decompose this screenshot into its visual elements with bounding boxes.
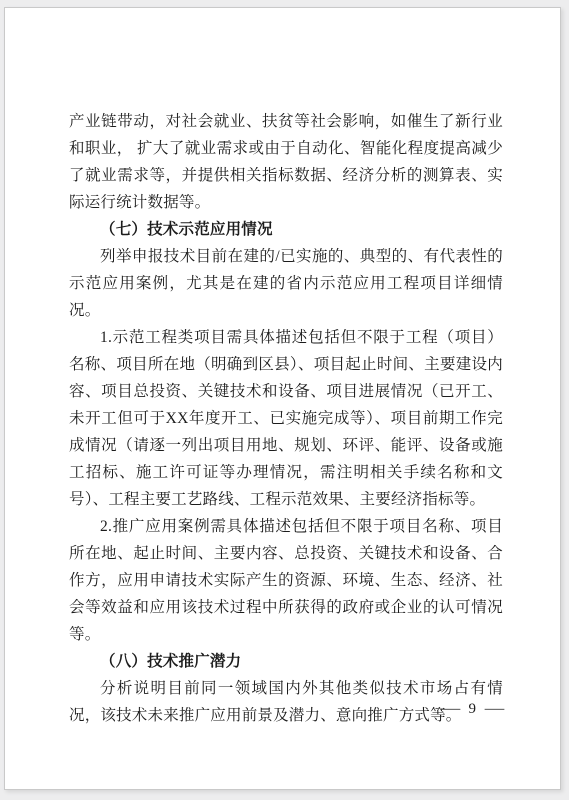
- section-heading-7: （七）技术示范应用情况: [69, 216, 503, 243]
- page-number-dash-right: —: [485, 701, 505, 718]
- paragraph-promotion-potential: 分析说明目前同一领域国内外其他类似技术市场占有情况，该技术未来推广应用前景及潜力…: [69, 675, 503, 729]
- paragraph-application-case-item-2: 2.推广应用案例需具体描述包括但不限于项目名称、项目所在地、起止时间、主要内容、…: [69, 513, 503, 648]
- paragraph-continuation: 产业链带动，对社会就业、扶贫等社会影响，如催生了新行业和职业， 扩大了就业需求或…: [69, 108, 503, 216]
- section-heading-8: （八）技术推广潜力: [69, 648, 503, 675]
- paragraph-demo-project-item-1: 1.示范工程类项目需具体描述包括但不限于工程（项目）名称、项目所在地（明确到区县…: [69, 324, 503, 513]
- paragraph-demo-overview: 列举申报技术目前在建的/已实施的、典型的、有代表性的示范应用案例，尤其是在建的省…: [69, 243, 503, 324]
- page-number-value: 9: [469, 701, 477, 718]
- page-number-dash-left: —: [440, 701, 460, 718]
- document-viewer-canvas: 产业链带动，对社会就业、扶贫等社会影响，如催生了新行业和职业， 扩大了就业需求或…: [0, 0, 569, 800]
- document-page: 产业链带动，对社会就业、扶贫等社会影响，如催生了新行业和职业， 扩大了就业需求或…: [4, 7, 561, 790]
- page-number: — 9 —: [443, 701, 503, 718]
- page-content: 产业链带动，对社会就业、扶贫等社会影响，如催生了新行业和职业， 扩大了就业需求或…: [69, 108, 503, 729]
